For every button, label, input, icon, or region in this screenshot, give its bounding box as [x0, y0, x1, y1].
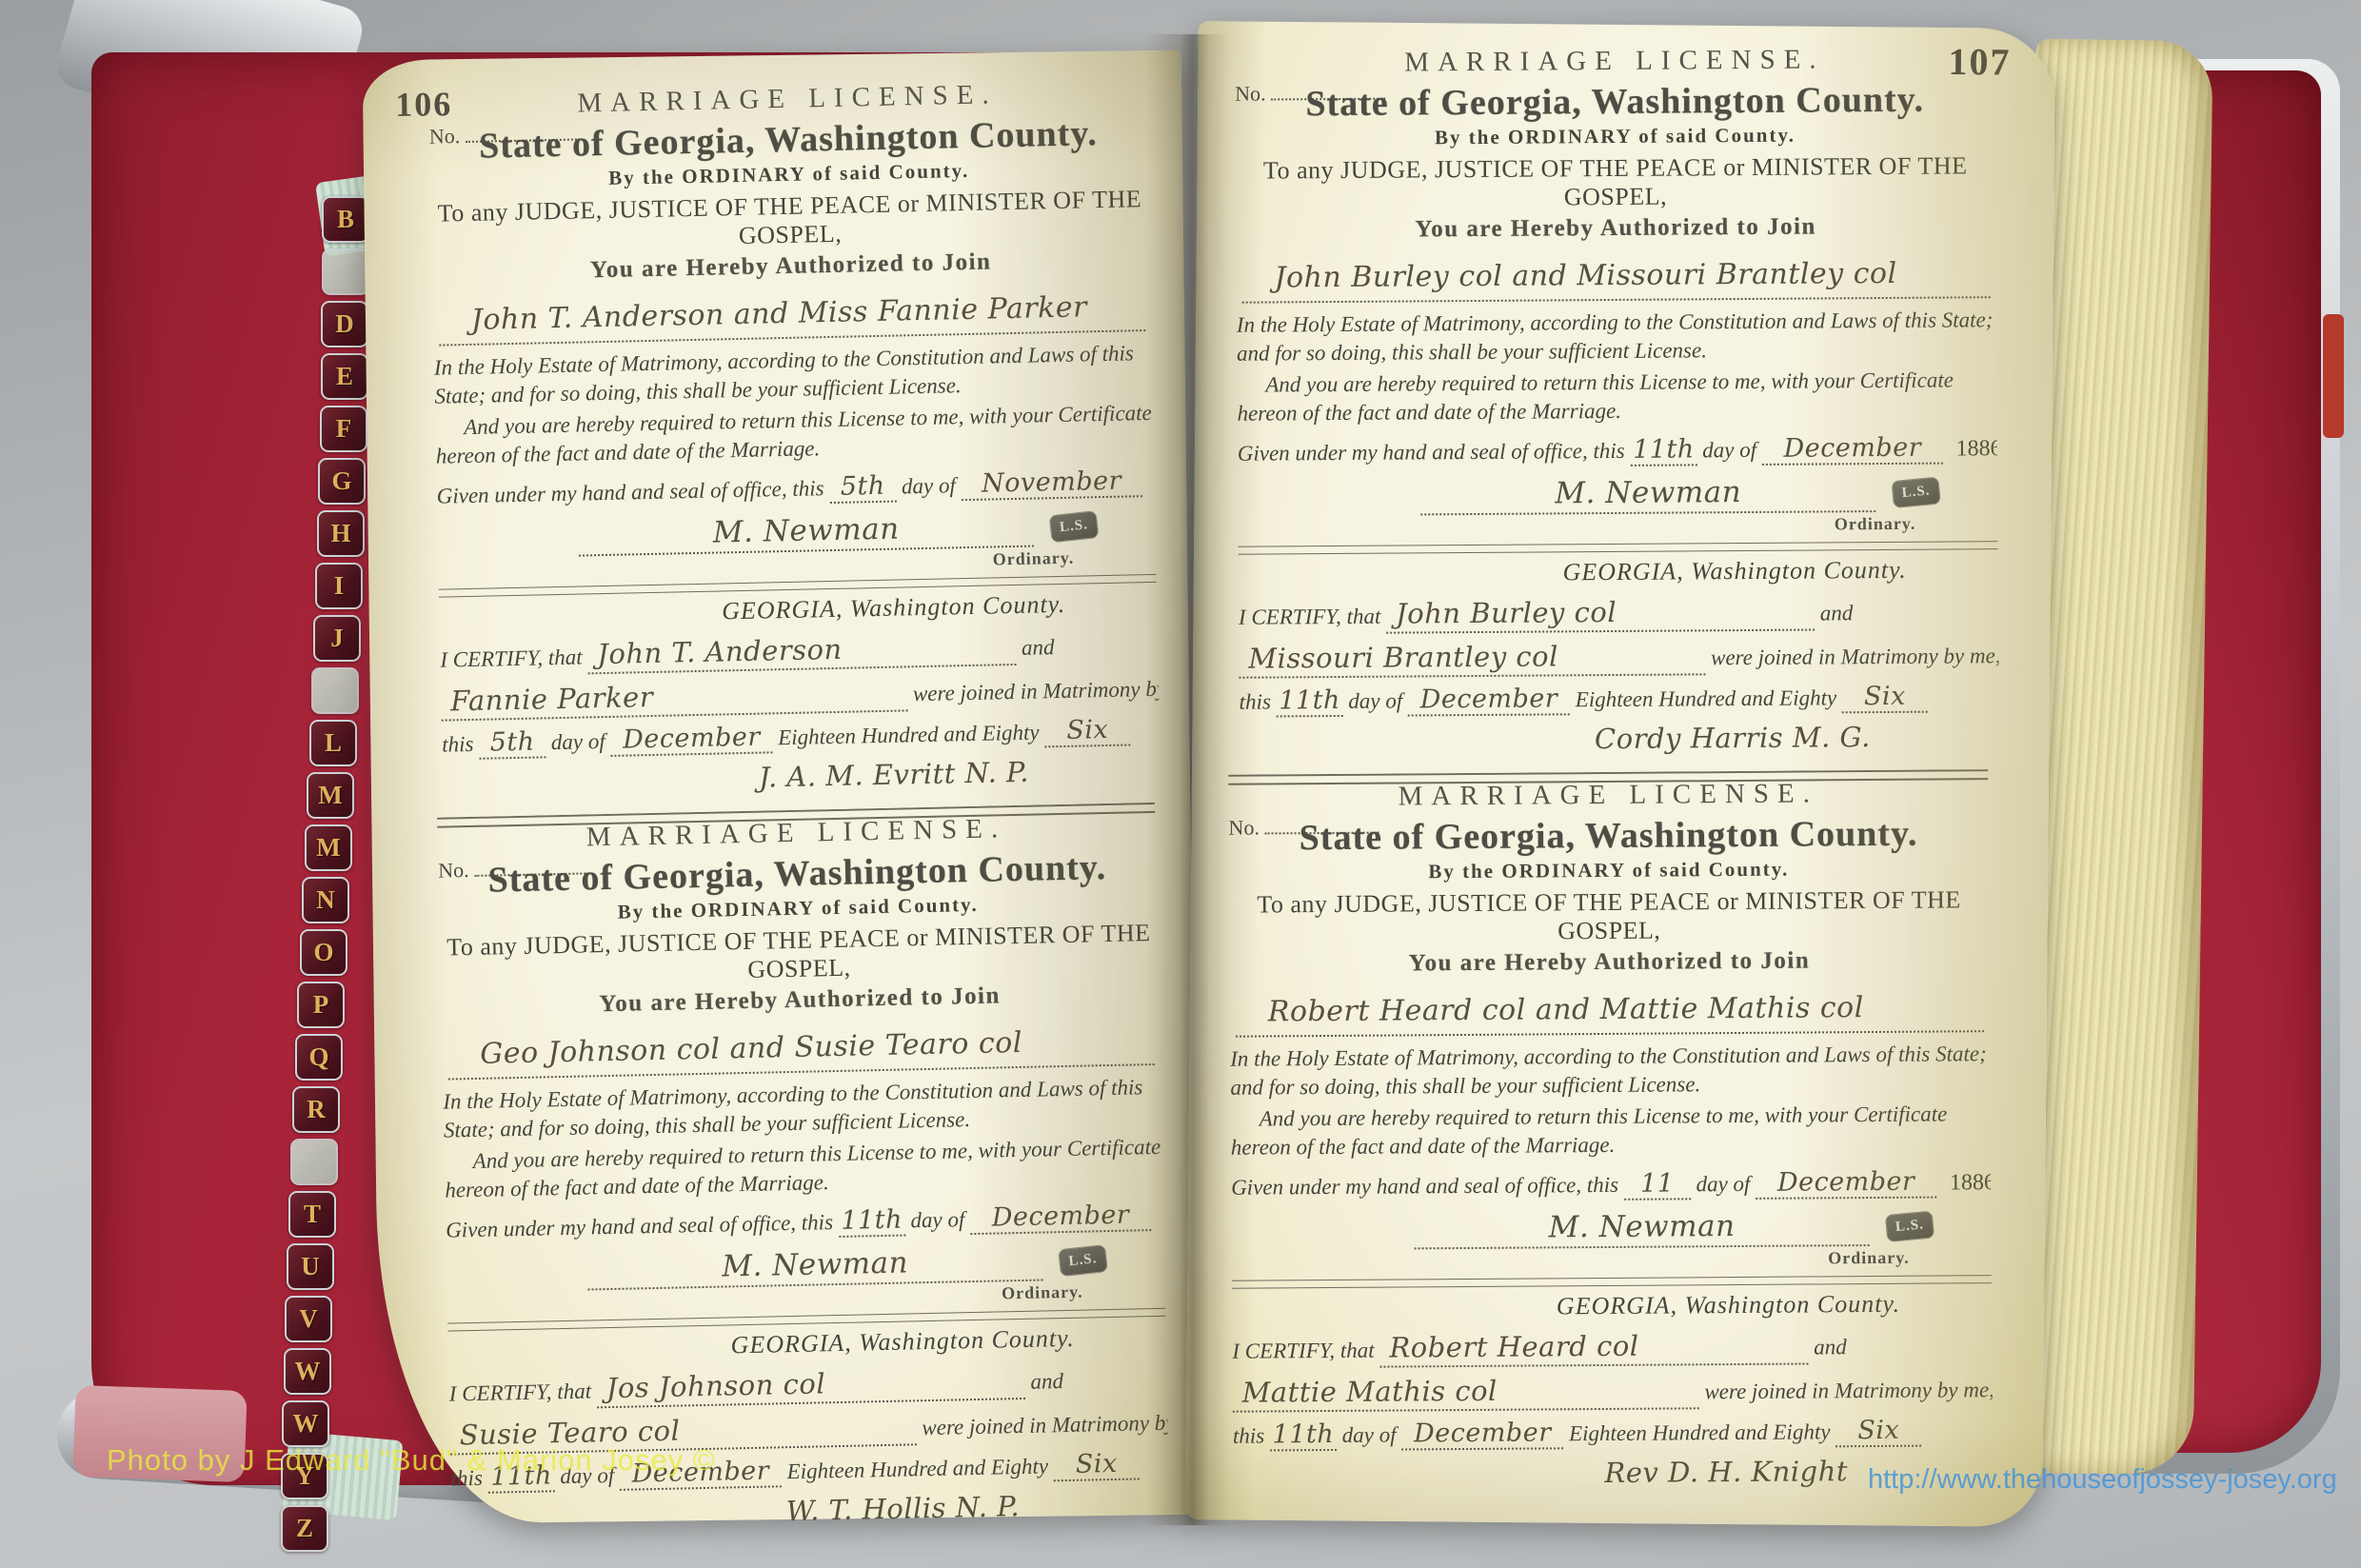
certify-bride-handwritten: Fannie Parker	[441, 676, 908, 722]
index-tab-label: W	[295, 1357, 321, 1386]
right-page-forms: MARRIAGE LICENSE. No. State of Georgia, …	[1185, 21, 2055, 1527]
issued-year: 188	[1164, 1203, 1170, 1229]
authorized-line: You are Hereby Authorized to Join	[1229, 946, 1989, 979]
index-tab-label: F	[336, 414, 352, 444]
no-label: No.	[429, 124, 461, 149]
index-tab-label: J	[330, 624, 344, 653]
ls-seal-stamp: L.S.	[1049, 510, 1100, 543]
index-tab-label: Z	[296, 1514, 313, 1543]
state-county-title: State of Georgia, Washington County.	[1235, 78, 1994, 126]
return-license-text: And you are hereby required to return th…	[444, 1133, 1162, 1205]
ordinary-signature-handwritten: M. Newman	[1420, 474, 1875, 515]
index-tab: W	[282, 1400, 329, 1447]
couple-names-handwritten: John T. Anderson and Miss Fannie Parker	[438, 289, 1145, 347]
recorded-row: Recorded: Ordinary.	[452, 1533, 1170, 1534]
return-license-text: And you are hereby required to return th…	[1237, 366, 1996, 428]
certify-groom-row: I CERTIFY, that John Burley col and	[1239, 594, 1998, 636]
by-ordinary-line: By the ORDINARY of said County.	[1229, 856, 1989, 885]
certify-bride-row: Missouri Brantley col were joined in Mat…	[1239, 638, 1998, 680]
index-tab-label: M	[318, 781, 342, 810]
couple-names-handwritten: Geo Johnson col and Susie Tearo col	[447, 1023, 1155, 1081]
index-tab: D	[321, 301, 368, 347]
officiant-signature-handwritten: W. T. Hollis N. P.	[674, 1488, 1132, 1534]
holy-estate-text: In the Holy Estate of Matrimony, accordi…	[1230, 1040, 1990, 1102]
officiant-signature-row: Cordy Harris M. G.	[1240, 721, 1961, 758]
certify-groom-handwritten: John T. Anderson	[587, 629, 1017, 674]
certify-bride-handwritten: Mattie Mathis col	[1233, 1374, 1699, 1413]
index-tab-label: L	[325, 728, 342, 758]
section-divider-rule	[1228, 1276, 1993, 1290]
married-month-handwritten: December	[610, 723, 773, 758]
index-tab-label: M	[316, 833, 340, 863]
index-tab-label: G	[331, 466, 351, 496]
index-tab	[311, 667, 359, 714]
georgia-county-line: GEORGIA, Washington County.	[448, 1324, 1075, 1366]
no-label: No.	[438, 858, 469, 883]
certify-groom-handwritten: John Burley col	[1386, 595, 1815, 634]
married-month-handwritten: December	[1401, 1419, 1563, 1451]
no-label: No.	[1235, 82, 1266, 106]
record-book-photo: BDEFGHIJLMMNOPQRTUVWWYZ 106 MARRIAGE LIC…	[0, 0, 2361, 1568]
index-tab: M	[307, 772, 354, 819]
issued-year: 1886	[1950, 1171, 1994, 1196]
marriage-date-row: this 11th day of December Eighteen Hundr…	[1233, 1416, 1993, 1453]
index-tab: O	[300, 929, 347, 976]
certify-groom-row: I CERTIFY, that Jos Johnson col and	[448, 1360, 1167, 1412]
left-page-forms: MARRIAGE LICENSE. No. State of Georgia, …	[363, 50, 1200, 1524]
authorized-line: You are Hereby Authorized to Join	[1236, 212, 1995, 245]
addressee-line: To any JUDGE, JUSTICE OF THE PEACE or MI…	[440, 919, 1159, 991]
index-tab-label: V	[299, 1304, 318, 1334]
ls-seal-stamp: L.S.	[1058, 1244, 1108, 1277]
holy-estate-text: In the Holy Estate of Matrimony, accordi…	[1237, 306, 1996, 368]
index-tab-label: H	[330, 519, 350, 548]
index-tab-label: B	[337, 205, 354, 234]
issued-date-line: Given under my hand and seal of office, …	[446, 1200, 1164, 1246]
joined-label: were joined in Matrimony by me,	[1711, 645, 1999, 670]
form-heading: MARRIAGE LICENSE.	[1228, 777, 1988, 814]
index-tab-label: W	[293, 1409, 319, 1439]
index-tab: V	[285, 1296, 332, 1342]
section-divider-rule	[1235, 542, 1999, 556]
marriage-date-row: this 11th day of December Eighteen Hundr…	[1240, 682, 1999, 719]
georgia-county-line: GEORGIA, Washington County.	[439, 590, 1065, 632]
certify-groom-row: I CERTIFY, that John T. Anderson and	[440, 626, 1159, 678]
issued-day-handwritten: 5th	[829, 471, 897, 504]
index-tab-label: N	[316, 885, 335, 915]
certify-bride-row: Mattie Mathis col were joined in Matrimo…	[1233, 1372, 1993, 1414]
married-year-handwritten: Six	[1835, 1416, 1921, 1448]
index-tab: E	[321, 353, 368, 400]
eighteen-hundred-label: Eighteen Hundred and Eighty	[786, 1455, 1048, 1484]
issued-date-line: Given under my hand and seal of office, …	[1231, 1167, 1991, 1204]
index-tab: R	[292, 1086, 340, 1133]
photo-credit-watermark: Photo by J Edward "Bud" & Marion Josey ©	[107, 1443, 716, 1478]
officiant-signature-handwritten: J. A. M. Evritt N. P.	[665, 754, 1123, 800]
form-heading: MARRIAGE LICENSE.	[1235, 43, 1994, 80]
index-tab: U	[287, 1243, 334, 1290]
ordinary-signature-handwritten: M. Newman	[1414, 1208, 1869, 1249]
eighteen-hundred-label: Eighteen Hundred and Eighty	[1569, 1420, 1831, 1446]
marriage-license-form: MARRIAGE LICENSE. No. State of Georgia, …	[437, 803, 1170, 1535]
no-label: No.	[1228, 815, 1260, 839]
and-label: and	[1814, 1336, 1847, 1360]
index-tab: W	[284, 1348, 331, 1395]
index-tab-label: Q	[308, 1042, 328, 1072]
index-tab-label: U	[301, 1252, 320, 1281]
index-tab-label: P	[313, 990, 329, 1020]
index-tab-label: O	[313, 938, 333, 967]
given-label: Given under my hand and seal of office, …	[1231, 1173, 1618, 1200]
marriage-license-form: MARRIAGE LICENSE. No. State of Georgia, …	[428, 76, 1161, 801]
return-license-text: And you are hereby required to return th…	[1231, 1100, 1991, 1162]
issued-month-handwritten: November	[961, 466, 1142, 502]
state-county-title: State of Georgia, Washington County.	[1228, 812, 1988, 860]
this-label: this	[442, 732, 474, 757]
issued-month-handwritten: December	[970, 1201, 1152, 1236]
this-label: this	[1240, 690, 1271, 714]
index-tab-label: D	[335, 309, 354, 339]
officiant-signature-row: J. A. M. Evritt N. P.	[443, 754, 1123, 801]
married-year-handwritten: Six	[1842, 682, 1928, 714]
issued-month-handwritten: December	[1762, 433, 1943, 466]
certify-label: I CERTIFY, that	[1232, 1339, 1374, 1363]
certify-label: I CERTIFY, that	[449, 1379, 592, 1406]
day-of-label: day of	[1702, 438, 1756, 462]
recorded-row: Recorded: Ordinary.	[444, 799, 1161, 800]
officiant-signature-handwritten: Cordy Harris M. G.	[1504, 721, 1961, 758]
index-tab-label: T	[304, 1200, 321, 1229]
website-watermark: http://www.thehouseofjossey-josey.org	[1868, 1464, 2337, 1496]
eighteen-hundred-label: Eighteen Hundred and Eighty	[1576, 686, 1837, 712]
officiant-signature-row: W. T. Hollis N. P.	[451, 1488, 1132, 1535]
addressee-line: To any JUDGE, JUSTICE OF THE PEACE or MI…	[1229, 885, 1989, 948]
and-label: and	[1820, 602, 1854, 625]
given-label: Given under my hand and seal of office, …	[446, 1211, 833, 1243]
certify-groom-handwritten: Jos Johnson col	[596, 1363, 1025, 1408]
day-of-label: day of	[1696, 1172, 1750, 1196]
issued-year: 18	[1155, 469, 1161, 494]
couple-names-handwritten: John Burley col and Missouri Brantley co…	[1241, 256, 1990, 303]
book-page-left: 106 MARRIAGE LICENSE. No. State of Georg…	[363, 50, 1200, 1524]
day-of-label: day of	[902, 474, 956, 499]
index-tab-label: E	[336, 362, 353, 391]
ordinary-signature-row: M. Newman L.S.	[1231, 1208, 1934, 1251]
married-year-handwritten: Six	[1053, 1449, 1140, 1482]
issued-day-handwritten: 11th	[838, 1205, 905, 1238]
and-label: and	[1022, 636, 1055, 661]
marriage-date-row: this 5th day of December Eighteen Hundre…	[442, 714, 1161, 761]
index-tab: B	[322, 196, 369, 243]
issued-day-handwritten: 11th	[1630, 435, 1696, 466]
index-tab	[290, 1139, 338, 1185]
marriage-license-form: MARRIAGE LICENSE. No. State of Georgia, …	[1228, 769, 1993, 1492]
index-tab: L	[309, 720, 357, 766]
day-of-label: day of	[1348, 689, 1402, 713]
georgia-county-line: GEORGIA, Washington County.	[1239, 556, 1907, 589]
index-tab: Q	[295, 1034, 343, 1081]
couple-names-handwritten: Robert Heard col and Mattie Mathis col	[1236, 990, 1984, 1037]
given-label: Given under my hand and seal of office, …	[1238, 439, 1625, 466]
joined-label: were joined in Matrimony by me,	[1704, 1379, 1993, 1404]
index-tab: G	[318, 458, 366, 505]
index-tabs: BDEFGHIJLMMNOPQRTUVWWYZ	[278, 196, 369, 1552]
issued-month-handwritten: December	[1756, 1167, 1936, 1200]
day-of-label: day of	[1342, 1423, 1397, 1447]
day-of-label: day of	[910, 1208, 964, 1233]
ordinary-signature-row: M. Newman L.S.	[1238, 474, 1940, 517]
eighteen-hundred-label: Eighteen Hundred and Eighty	[778, 721, 1040, 750]
index-tab: Z	[281, 1505, 328, 1552]
addressee-line: To any JUDGE, JUSTICE OF THE PEACE or MI…	[1236, 151, 1995, 214]
officiant-signature-row: Rev D. H. Knight	[1233, 1455, 1954, 1492]
issued-date-line: Given under my hand and seal of office, …	[1238, 433, 1997, 470]
georgia-county-line: GEORGIA, Washington County.	[1232, 1290, 1900, 1323]
ordinary-label: Ordinary.	[1232, 1248, 1910, 1273]
ls-seal-stamp: L.S.	[1892, 477, 1941, 509]
certify-label: I CERTIFY, that	[1239, 605, 1380, 629]
issued-year: 1886	[1955, 437, 1999, 462]
married-day-handwritten: 11th	[1276, 685, 1342, 717]
marriage-license-form: MARRIAGE LICENSE. No. State of Georgia, …	[1235, 43, 1999, 758]
addressee-line: To any JUDGE, JUSTICE OF THE PEACE or MI…	[430, 185, 1149, 257]
issued-date-line: Given under my hand and seal of office, …	[436, 466, 1155, 512]
joined-label: were joined in Matrimony by me,	[913, 676, 1161, 705]
ls-seal-stamp: L.S.	[1885, 1211, 1934, 1243]
index-tab-label: I	[334, 571, 345, 601]
cover-edge-sliver	[2323, 314, 2344, 438]
ordinary-label: Ordinary.	[1238, 514, 1915, 539]
by-ordinary-line: By the ORDINARY of said County.	[1235, 122, 1994, 151]
married-day-handwritten: 11th	[1270, 1419, 1337, 1451]
certify-groom-handwritten: Robert Heard col	[1379, 1329, 1808, 1368]
index-tab: H	[317, 510, 365, 557]
day-of-label: day of	[551, 729, 605, 754]
issued-day-handwritten: 11	[1624, 1169, 1691, 1201]
certify-label: I CERTIFY, that	[440, 645, 583, 672]
return-license-text: And you are hereby required to return th…	[435, 399, 1154, 471]
joined-label: were joined in Matrimony by me,	[922, 1410, 1170, 1439]
and-label: and	[1030, 1370, 1063, 1395]
index-tab: F	[320, 406, 367, 452]
index-tab: J	[313, 615, 361, 662]
certify-groom-row: I CERTIFY, that Robert Heard col and	[1232, 1328, 1992, 1370]
married-month-handwritten: December	[1408, 685, 1570, 717]
index-tab: P	[297, 982, 345, 1028]
married-day-handwritten: 5th	[479, 727, 546, 760]
this-label: this	[1233, 1424, 1264, 1448]
married-year-handwritten: Six	[1044, 715, 1131, 748]
index-tab: N	[302, 877, 349, 923]
index-tab-label: R	[307, 1095, 326, 1124]
book-page-right: 107 MARRIAGE LICENSE. No. State of Georg…	[1185, 21, 2055, 1527]
given-label: Given under my hand and seal of office, …	[436, 477, 823, 509]
certify-bride-handwritten: Missouri Brantley col	[1239, 640, 1705, 679]
index-tab	[322, 248, 369, 295]
certify-bride-row: Fannie Parker were joined in Matrimony b…	[441, 670, 1160, 722]
index-tab: M	[305, 824, 352, 871]
index-tab: I	[315, 563, 363, 609]
index-tab: T	[288, 1191, 336, 1238]
